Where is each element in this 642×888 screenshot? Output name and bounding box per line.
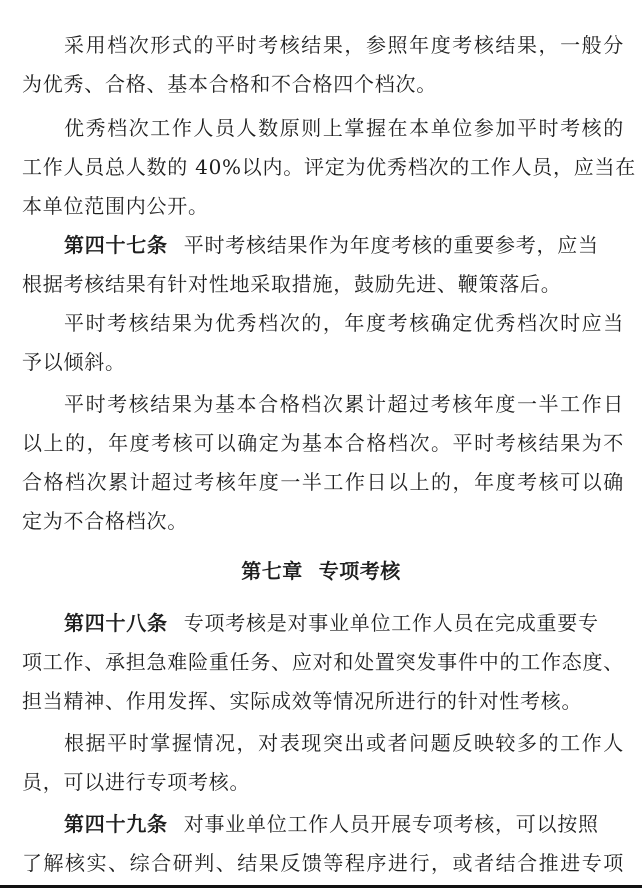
paragraph-line: 根据平时掌握情况，对表现突出或者问题反映较多的工作人 (64, 731, 624, 755)
paragraph-line: 予以倾斜。 (22, 350, 624, 374)
paragraph-line: 本单位范围内公开。 (22, 194, 624, 218)
article-text: 专项考核是对事业单位工作人员在完成重要专 (184, 611, 599, 635)
chapter-number: 第七章 (241, 559, 303, 583)
paragraph-line: 平时考核结果为基本合格档次累计超过考核年度一半工作日 (64, 392, 624, 416)
paragraph-line: 了解核实、综合研判、结果反馈等程序进行，或者结合推进专项 (22, 851, 624, 875)
paragraph-line: 优秀档次工作人员人数原则上掌握在本单位参加平时考核的 (64, 116, 624, 140)
paragraph-line: 以上的，年度考核可以确定为基本合格档次。平时考核结果为不 (22, 431, 624, 455)
article-text: 对事业单位工作人员开展专项考核，可以按照 (184, 812, 599, 836)
paragraph-line: 担当精神、作用发挥、实际成效等情况所进行的针对性考核。 (22, 689, 624, 713)
article-number: 第四十七条 (64, 233, 168, 257)
article-49-line: 第四十九条对事业单位工作人员开展专项考核，可以按照 (64, 812, 624, 836)
article-48-line: 第四十八条专项考核是对事业单位工作人员在完成重要专 (64, 611, 624, 635)
chapter-title: 专项考核 (319, 559, 401, 583)
paragraph-line: 项工作、承担急难险重任务、应对和处置突发事件中的工作态度、 (22, 650, 624, 674)
paragraph-line: 员，可以进行专项考核。 (22, 770, 624, 794)
article-number: 第四十八条 (64, 611, 168, 635)
article-47-line: 第四十七条平时考核结果作为年度考核的重要参考，应当 (64, 233, 624, 257)
paragraph-line: 采用档次形式的平时考核结果，参照年度考核结果，一般分 (64, 33, 624, 57)
article-number: 第四十九条 (64, 812, 168, 836)
paragraph-line: 根据考核结果有针对性地采取措施，鼓励先进、鞭策落后。 (22, 272, 624, 296)
article-text: 平时考核结果作为年度考核的重要参考，应当 (184, 233, 599, 257)
paragraph-line: 工作人员总人数的 40%以内。评定为优秀档次的工作人员，应当在 (22, 155, 624, 179)
paragraph-line: 合格档次累计超过考核年度一半工作日以上的，年度考核可以确 (22, 470, 624, 494)
paragraph-line: 定为不合格档次。 (22, 509, 624, 533)
chapter-heading: 第七章专项考核 (0, 559, 642, 583)
document-page: 采用档次形式的平时考核结果，参照年度考核结果，一般分 为优秀、合格、基本合格和不… (0, 0, 642, 888)
paragraph-line: 平时考核结果为优秀档次的，年度考核确定优秀档次时应当 (64, 311, 624, 335)
paragraph-line: 为优秀、合格、基本合格和不合格四个档次。 (22, 72, 624, 96)
